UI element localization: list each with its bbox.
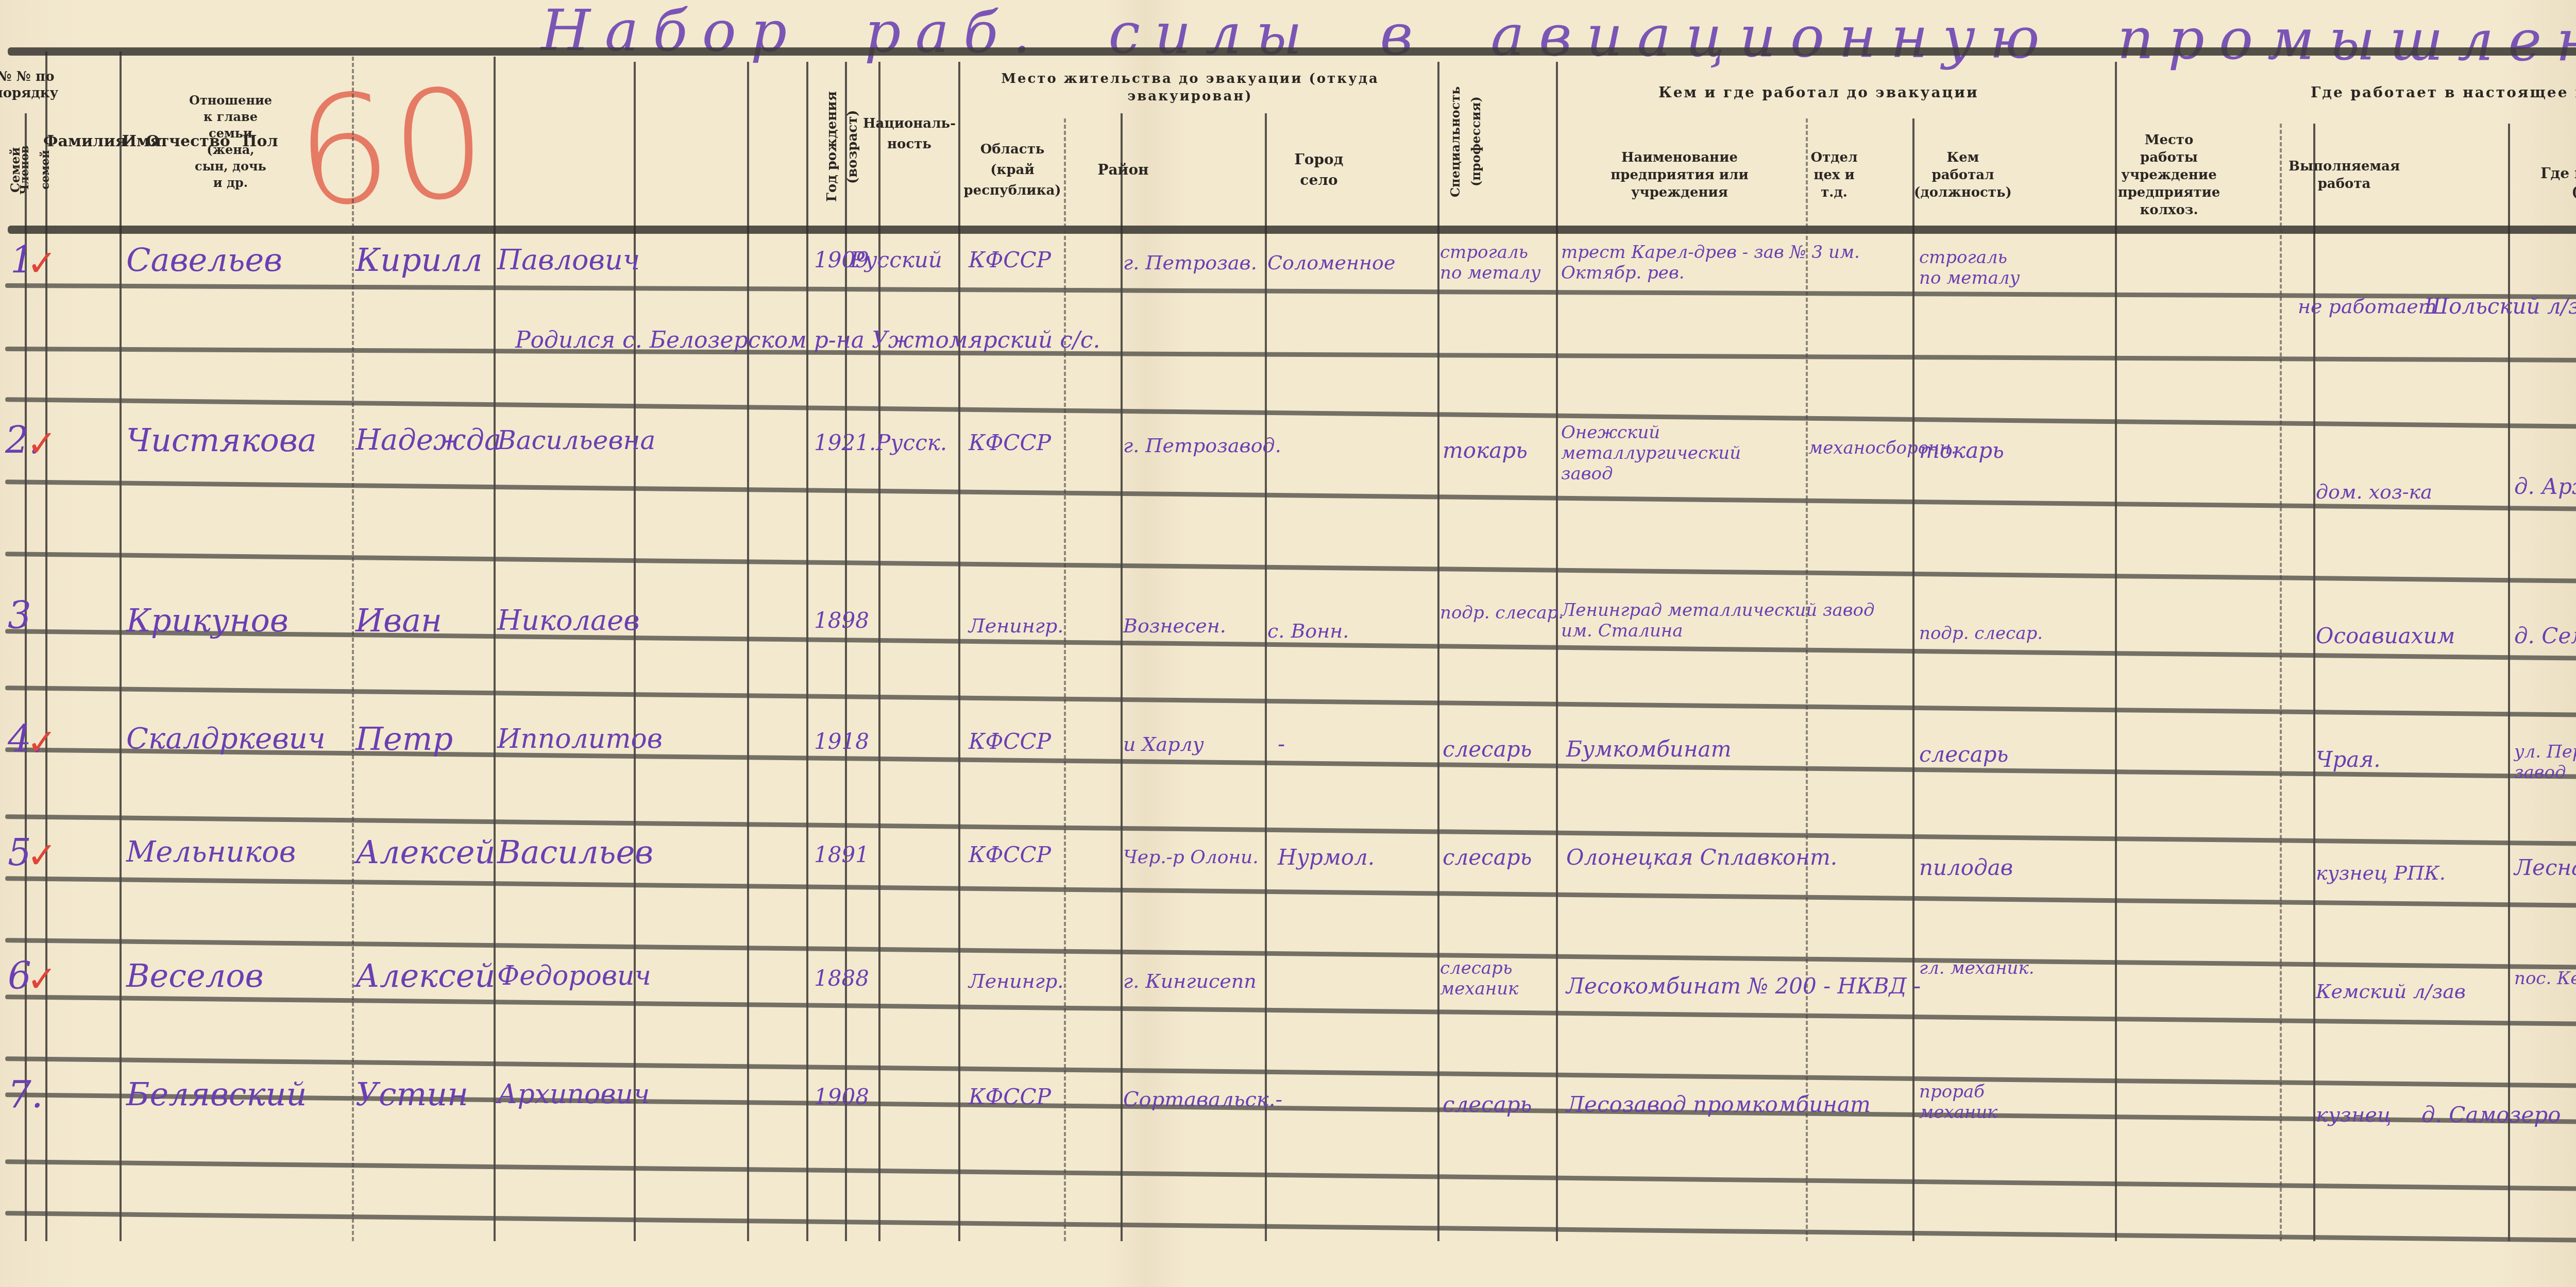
- work-performed: дом. хоз-ка: [2316, 479, 2432, 505]
- check-mark-icon: ✓: [27, 834, 57, 877]
- header-workplace: Место работы учреждение предприятие колх…: [2117, 129, 2221, 221]
- grid-line: [2280, 124, 2282, 1241]
- birth-year: 1918: [814, 729, 869, 754]
- surname: Белявский: [126, 1076, 307, 1112]
- header-top-rule: [8, 47, 2576, 56]
- position: токарь: [1919, 438, 2004, 464]
- header-birth-year: Год рождения (возраст): [819, 77, 866, 216]
- row-number: 3: [8, 597, 31, 633]
- row-rule: [5, 685, 2576, 720]
- specialty: слесарь: [1443, 845, 1532, 870]
- surname: Савельев: [126, 242, 282, 278]
- grid-line: [1437, 62, 1439, 1241]
- patronymic: Федорович: [497, 958, 651, 994]
- position: подр. слесар.: [1919, 623, 2043, 644]
- work-performed: Осоавиахим: [2316, 623, 2455, 649]
- header-department: Отдел цех и т.д.: [1803, 144, 1865, 206]
- city-village: с. Вонн.: [1267, 618, 1349, 644]
- birth-note: Родился с. Белозерском р-на Ужтомярский …: [515, 327, 1100, 353]
- nationality: Русск.: [876, 430, 947, 456]
- header-prior-work-group: Кем и где работал до эвакуации: [1546, 77, 2092, 108]
- header-city-village: Город село: [1278, 134, 1360, 206]
- region: Ленингр.: [969, 968, 1063, 994]
- patronymic: Васильевна: [497, 422, 655, 458]
- header-enterprise-name: Наименование предприятия или учреждения: [1587, 134, 1772, 216]
- specialty: токарь: [1443, 438, 1528, 464]
- check-mark-icon: ✓: [27, 958, 57, 1000]
- birth-year: 1888: [814, 966, 869, 991]
- settled-address: Шольский л/з ав.: [2424, 294, 2576, 319]
- enterprise: трест Карел-древ - зав № 3 им. Октябр. р…: [1561, 242, 1911, 283]
- enterprise: Бумкомбинат: [1566, 736, 1731, 762]
- surname: Крикунов: [126, 603, 289, 639]
- settled-address: Лесная ул.: [2514, 855, 2576, 881]
- birth-year: 1921.: [814, 430, 876, 456]
- city-village: Нурмол.: [1278, 845, 1375, 870]
- row-rule: [5, 347, 2576, 364]
- header-current-work-group: Где работает в настоящее время: [2215, 77, 2576, 108]
- surname: Чистякова: [126, 422, 317, 458]
- grid-line: [2313, 124, 2315, 1241]
- row-rule: [5, 994, 2576, 1029]
- district: Вознесен.: [1123, 613, 1226, 639]
- grid-line: [1064, 118, 1066, 1241]
- specialty: слесарь механик: [1440, 958, 1553, 999]
- header-bottom-rule: [8, 226, 2576, 234]
- header-settled-address: Где поселился (адрес): [2535, 155, 2576, 211]
- row-rule: [5, 1159, 2576, 1194]
- settled-address: д. Аржовье: [2514, 474, 2576, 500]
- row-rule: [5, 552, 2576, 586]
- work-performed: кузнец: [2316, 1102, 2392, 1128]
- header-specialty: Специальность (профессия): [1443, 72, 1489, 211]
- header-nationality: Националь- ность: [878, 88, 940, 180]
- page-title: Набор раб. силы в авиационную промышленн…: [541, 0, 2551, 74]
- first-name: Иван: [355, 603, 442, 639]
- position: строгаль по металу: [1919, 247, 2022, 288]
- grid-line: [1912, 118, 1914, 1241]
- enterprise: Лесокомбинат № 200 - НКВД -: [1566, 973, 1921, 999]
- sheet-number-red: 60: [292, 57, 490, 241]
- surname: Веселов: [126, 958, 264, 994]
- enterprise: Олонецкая Сплавконт.: [1566, 845, 1837, 870]
- header-district: Район: [1092, 134, 1154, 206]
- settled-address: ул. Первомайс. 10. Шольск. завод: [2514, 742, 2576, 783]
- patronymic: Васильев: [497, 834, 653, 870]
- district: Чер.-р Олони.: [1123, 845, 1259, 870]
- row-rule: [5, 479, 2576, 514]
- work-performed: Кемский л/зав: [2316, 979, 2466, 1004]
- first-name: Алексей: [355, 958, 496, 994]
- position: прораб механик: [1919, 1082, 2022, 1123]
- grid-line: [1806, 118, 1808, 1241]
- first-name: Алексей: [355, 834, 496, 870]
- region: Ленингр.: [969, 613, 1063, 639]
- header-residence-group: Место жительства до эвакуации (откуда эв…: [963, 67, 1417, 108]
- region: КФССР: [969, 247, 1051, 273]
- grid-line: [120, 52, 122, 1241]
- check-mark-icon: ✓: [27, 422, 57, 465]
- region: КФССР: [969, 1084, 1051, 1110]
- specialty: слесарь: [1443, 736, 1532, 762]
- work-performed: Чрая.: [2316, 747, 2381, 773]
- nationality: Русский: [850, 247, 942, 273]
- settled-address: пос. Кемск. завода д. Конево: [2514, 968, 2576, 989]
- position: пилодав: [1919, 855, 2013, 881]
- first-name: Петр: [355, 721, 453, 757]
- specialty: слесарь: [1443, 1092, 1532, 1118]
- birth-year: 1891: [814, 842, 869, 868]
- settled-address: д. Семкино: [2514, 623, 2576, 649]
- enterprise: Ленинград металлический завод им. Сталин…: [1561, 600, 1911, 641]
- check-mark-icon: ✓: [27, 242, 57, 284]
- birth-year: 1898: [814, 608, 869, 633]
- region: КФССР: [969, 430, 1051, 456]
- district: г. Кингисепп: [1123, 968, 1257, 994]
- district: Сортавальск.-: [1123, 1087, 1282, 1112]
- row-rule: [5, 1211, 2576, 1245]
- row-rule: [5, 283, 2576, 300]
- specialty: подр. слесар.: [1440, 603, 1564, 623]
- surname: Мельников: [126, 834, 296, 870]
- grid-line: [878, 62, 880, 1241]
- patronymic: Архипович: [497, 1076, 650, 1112]
- patronymic: Ипполитов: [497, 721, 663, 757]
- position: гл. механик.: [1919, 958, 2035, 979]
- header-order-no: № № по порядку: [5, 67, 46, 103]
- header-work-performed: Выполняемая работа: [2293, 144, 2396, 206]
- city-village: Соломенное: [1267, 250, 1395, 276]
- region: КФССР: [969, 842, 1051, 868]
- district: г. Петрозавод.: [1123, 433, 1281, 458]
- specialty: строгаль по металу: [1440, 242, 1553, 283]
- position: слесарь: [1919, 742, 2008, 767]
- grid-line: [1556, 62, 1558, 1241]
- region: КФССР: [969, 729, 1051, 754]
- district: и Харлу: [1123, 731, 1204, 757]
- enterprise: Онежский металлургический завод: [1561, 422, 1798, 484]
- first-name: Надежда: [355, 422, 501, 458]
- grid-line: [2508, 124, 2510, 1241]
- patronymic: Павлович: [497, 242, 640, 278]
- header-region: Область (край республика): [974, 134, 1051, 206]
- surname: Скалдркевич: [126, 721, 326, 757]
- enterprise: Лесозавод промкомбинат: [1566, 1092, 1871, 1118]
- header-surname: Фамилия: [49, 62, 121, 221]
- first-name: Устин: [355, 1076, 468, 1112]
- settled-address: д. Самозеро: [2421, 1102, 2561, 1128]
- grid-line: [958, 62, 960, 1241]
- district: г. Петрозав.: [1123, 250, 1257, 276]
- header-family-members: Членов семей: [25, 124, 45, 216]
- city-village: -: [1278, 731, 1285, 757]
- header-sex: Пол: [250, 62, 270, 221]
- work-performed: не работает: [2298, 294, 2437, 319]
- row-rule: [5, 876, 2576, 911]
- birth-year: 1908: [814, 1084, 869, 1110]
- patronymic: Николаев: [497, 603, 640, 639]
- first-name: Кирилл: [355, 242, 483, 278]
- work-performed: кузнец РПК.: [2316, 860, 2446, 886]
- grid-line: [845, 62, 847, 1241]
- grid-line: [45, 52, 47, 1241]
- row-number: 7.: [8, 1076, 43, 1112]
- header-position: Кем работал (должность): [1917, 144, 2009, 206]
- check-mark-icon: ✓: [27, 721, 57, 763]
